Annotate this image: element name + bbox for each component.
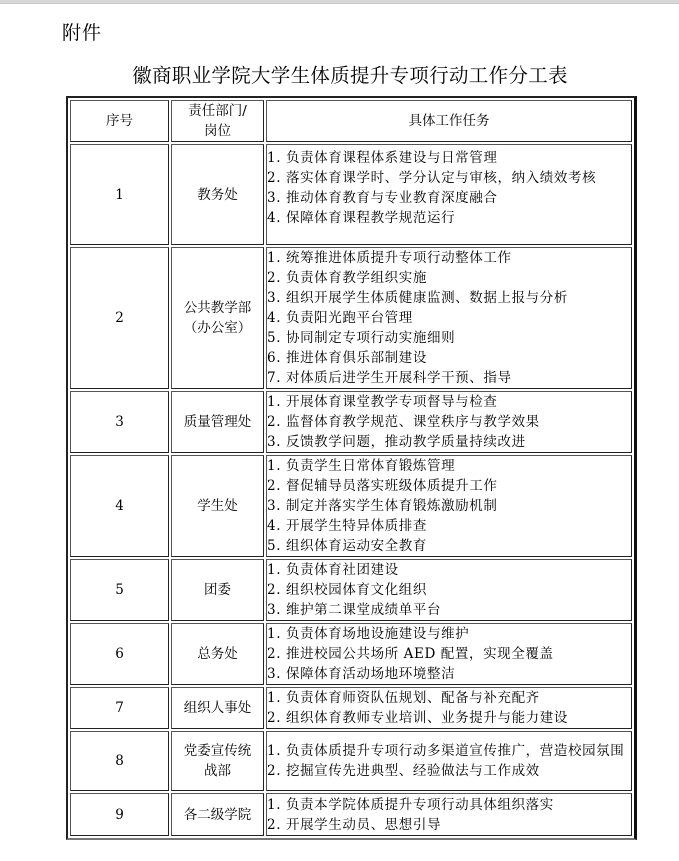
task-item: 1. 负责学生日常体育锻炼管理 [267,456,631,476]
department-line1: 团委 [172,580,263,600]
row-department: 学生处 [171,455,264,557]
attachment-label: 附件 [62,18,102,45]
department-line1: 公共教学部 [172,298,263,318]
row-seq: 8 [70,731,169,791]
row-seq: 1 [70,144,169,245]
table-row: 4学生处1. 负责学生日常体育锻炼管理2. 督促辅导员落实班级体质提升工作3. … [70,455,632,557]
task-item: 1. 统筹推进体质提升专项行动整体工作 [267,248,631,268]
row-seq: 9 [70,793,169,836]
row-department: 组织人事处 [171,687,264,729]
row-tasks: 1. 负责学生日常体育锻炼管理2. 督促辅导员落实班级体质提升工作3. 制定并落… [266,455,632,557]
table-row: 2公共教学部（办公室）1. 统筹推进体质提升专项行动整体工作2. 负责体育教学组… [70,247,632,389]
row-seq: 3 [70,391,169,453]
row-tasks: 1. 负责体育师资队伍规划、配备与补充配齐2. 组织体育教师专业培训、业务提升与… [266,687,632,729]
table-row: 7组织人事处1. 负责体育师资队伍规划、配备与补充配齐2. 组织体育教师专业培训… [70,687,632,729]
task-item: 2. 落实体育课学时、学分认定与审核，纳入绩效考核 [267,168,631,188]
row-department: 团委 [171,559,264,621]
task-item: 4. 开展学生特异体质排查 [267,516,631,536]
task-item: 3. 推动体育教育与专业教育深度融合 [267,188,631,208]
task-item: 2. 负责体育教学组织实施 [267,268,631,288]
document-title: 徽商职业学院大学生体质提升专项行动工作分工表 [0,60,679,88]
row-department: 总务处 [171,623,264,685]
header-seq: 序号 [70,100,169,142]
task-item: 2. 监督体育教学规范、课堂秩序与教学效果 [267,412,631,432]
row-department: 各二级学院 [171,793,264,836]
row-tasks: 1. 负责体育社团建设2. 组织校园体育文化组织3. 维护第二课堂成绩单平台 [266,559,632,621]
task-item: 2. 组织体育教师专业培训、业务提升与能力建设 [267,708,631,728]
department-line1: 教务处 [172,185,263,205]
department-line1: 组织人事处 [172,698,263,718]
task-item: 1. 负责体育课程体系建设与日常管理 [267,148,631,168]
row-seq: 6 [70,623,169,685]
department-line2: （办公室） [172,318,263,338]
work-assignment-table: 序号 责任部门/ 岗位 具体工作任务 1教务处1. 负责体育课程体系建设与日常管… [66,96,637,840]
task-item: 1. 负责体育师资队伍规划、配备与补充配齐 [267,688,631,708]
row-department: 党委宣传统战部 [171,731,264,791]
task-item: 3. 保障体育活动场地环境整洁 [267,664,631,684]
task-item: 6. 推进体育俱乐部制建设 [267,348,631,368]
task-item: 2. 开展学生动员、思想引导 [267,815,631,835]
task-item: 3. 维护第二课堂成绩单平台 [267,600,631,620]
task-item: 4. 负责阳光跑平台管理 [267,308,631,328]
department-line1: 各二级学院 [172,805,263,825]
task-item: 1. 负责体育社团建设 [267,560,631,580]
task-item: 3. 反馈教学问题，推动教学质量持续改进 [267,432,631,452]
header-dept-line2: 岗位 [172,121,263,141]
department-line1: 学生处 [172,496,263,516]
table-row: 5团委1. 负责体育社团建设2. 组织校园体育文化组织3. 维护第二课堂成绩单平… [70,559,632,621]
task-item: 2. 挖掘宣传先进典型、经验做法与工作成效 [267,761,631,781]
task-item: 7. 对体质后进学生开展科学干预、指导 [267,368,631,388]
page-top-edge [0,0,679,4]
row-department: 质量管理处 [171,391,264,453]
task-item: 3. 制定并落实学生体育锻炼激励机制 [267,496,631,516]
row-seq: 4 [70,455,169,557]
task-item: 1. 负责体育场地设施建设与维护 [267,624,631,644]
row-seq: 2 [70,247,169,389]
header-tasks: 具体工作任务 [266,100,632,142]
task-item: 5. 协同制定专项行动实施细则 [267,328,631,348]
department-line1: 质量管理处 [172,412,263,432]
row-seq: 5 [70,559,169,621]
row-department: 教务处 [171,144,264,245]
department-line1: 总务处 [172,644,263,664]
row-tasks: 1. 负责本学院体质提升专项行动具体组织落实2. 开展学生动员、思想引导 [266,793,632,836]
table-row: 3质量管理处1. 开展体育课堂教学专项督导与检查2. 监督体育教学规范、课堂秩序… [70,391,632,453]
task-item: 4. 保障体育课程教学规范运行 [267,208,631,228]
row-department: 公共教学部（办公室） [171,247,264,389]
department-line1: 党委宣传统 [172,741,263,761]
table-row: 6总务处1. 负责体育场地设施建设与维护2. 推进校园公共场所 AED 配置，实… [70,623,632,685]
row-seq: 7 [70,687,169,729]
task-item: 1. 开展体育课堂教学专项督导与检查 [267,392,631,412]
task-item: 2. 组织校园体育文化组织 [267,580,631,600]
row-tasks: 1. 负责体育课程体系建设与日常管理2. 落实体育课学时、学分认定与审核，纳入绩… [266,144,632,245]
row-tasks: 1. 负责体育场地设施建设与维护2. 推进校园公共场所 AED 配置，实现全覆盖… [266,623,632,685]
table-row: 8党委宣传统战部1. 负责体质提升专项行动多渠道宣传推广，营造校园氛围2. 挖掘… [70,731,632,791]
department-line2: 战部 [172,761,263,781]
task-item: 1. 负责体质提升专项行动多渠道宣传推广，营造校园氛围 [267,741,631,761]
task-item: 1. 负责本学院体质提升专项行动具体组织落实 [267,795,631,815]
task-item: 5. 组织体育运动安全教育 [267,536,631,556]
table-row: 1教务处1. 负责体育课程体系建设与日常管理2. 落实体育课学时、学分认定与审核… [70,144,632,245]
row-tasks: 1. 统筹推进体质提升专项行动整体工作2. 负责体育教学组织实施3. 组织开展学… [266,247,632,389]
table-row: 9各二级学院1. 负责本学院体质提升专项行动具体组织落实2. 开展学生动员、思想… [70,793,632,836]
task-item: 3. 组织开展学生体质健康监测、数据上报与分析 [267,288,631,308]
task-item: 2. 推进校园公共场所 AED 配置，实现全覆盖 [267,644,631,664]
task-item: 2. 督促辅导员落实班级体质提升工作 [267,476,631,496]
header-dept: 责任部门/ 岗位 [171,100,264,142]
row-tasks: 1. 开展体育课堂教学专项督导与检查2. 监督体育教学规范、课堂秩序与教学效果3… [266,391,632,453]
row-tasks: 1. 负责体质提升专项行动多渠道宣传推广，营造校园氛围2. 挖掘宣传先进典型、经… [266,731,632,791]
header-dept-line1: 责任部门/ [172,101,263,121]
table-header-row: 序号 责任部门/ 岗位 具体工作任务 [70,100,632,142]
